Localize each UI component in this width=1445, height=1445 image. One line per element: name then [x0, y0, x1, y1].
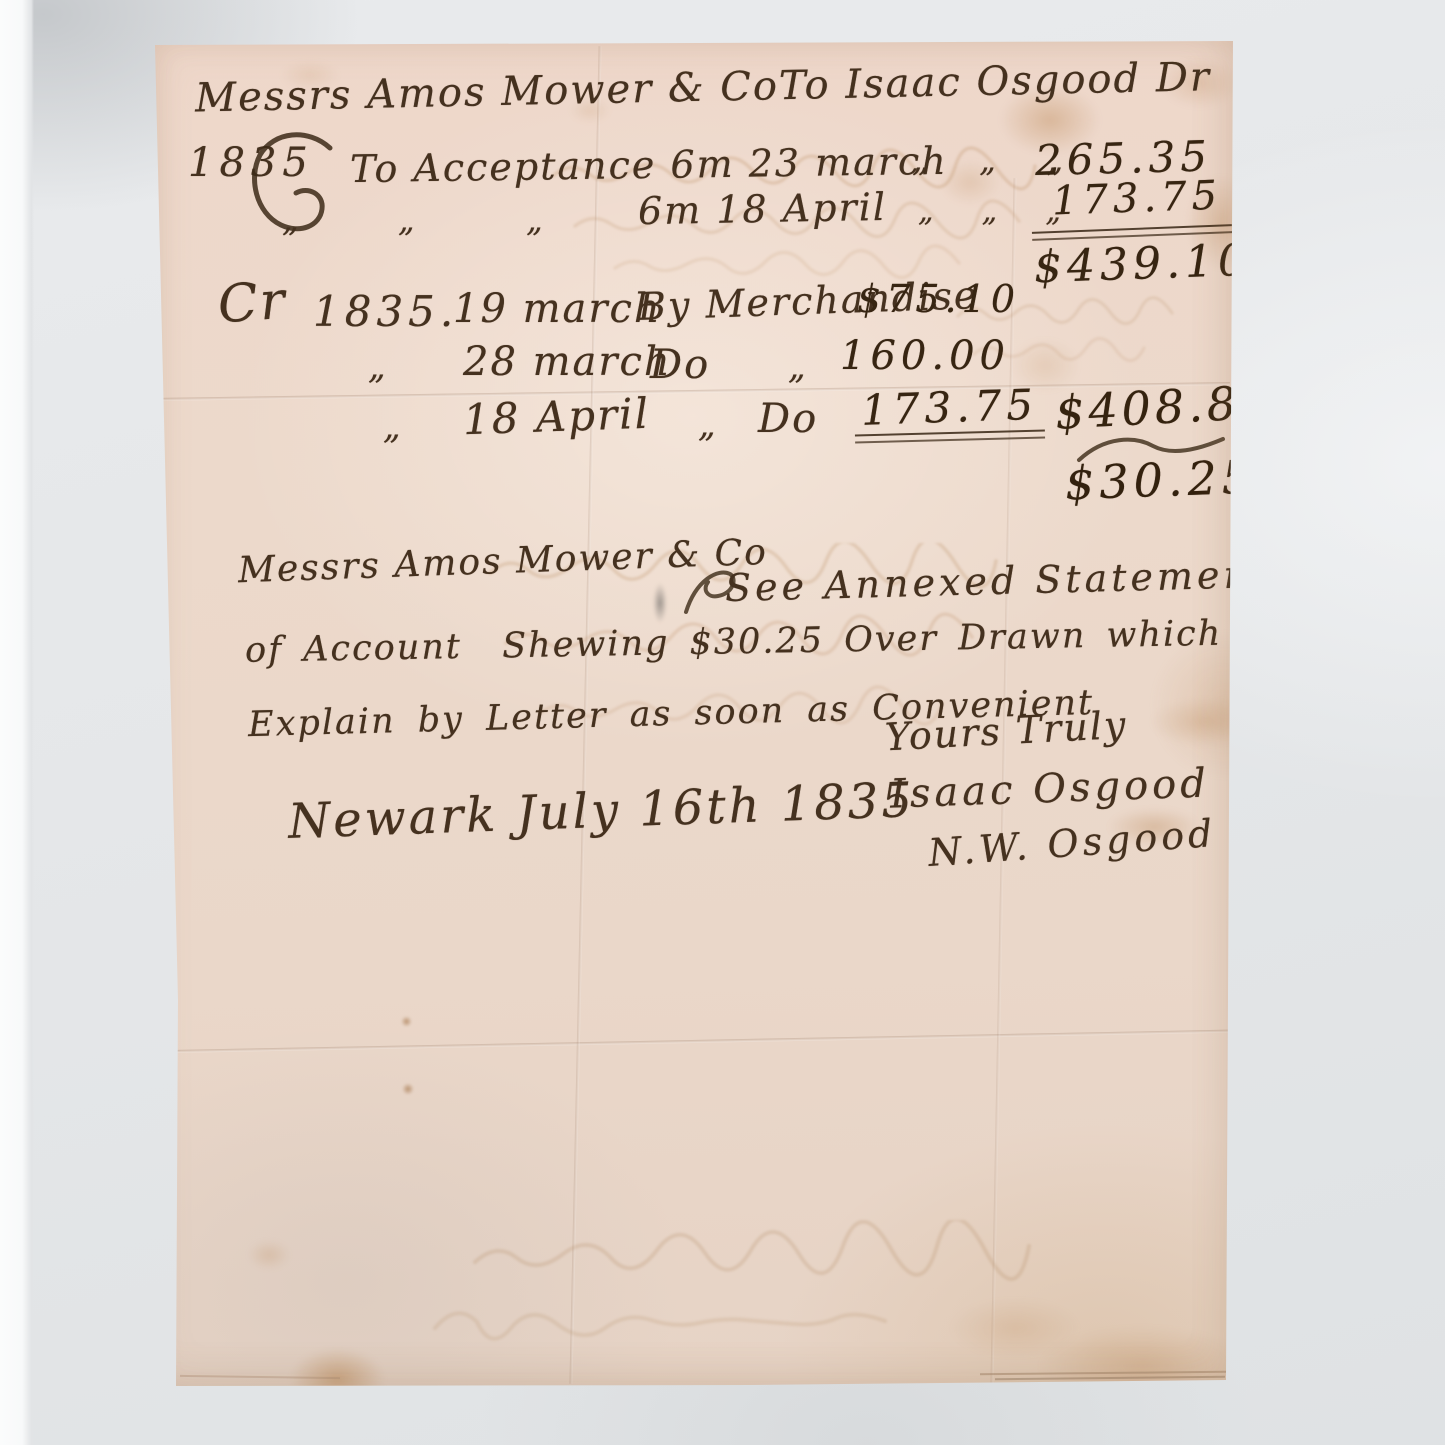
horizontal-fold-lower [152, 1030, 1228, 1054]
sheet-edge-line [995, 1376, 1225, 1380]
bleed-through-marks-bottom [335, 1220, 1175, 1370]
credit-row2-desc: Do [650, 344, 710, 386]
account-header: Messrs Amos Mower & Co To Isaac Osgood D… [195, 59, 1098, 120]
debit-row2-desc: 6m 18 April [638, 188, 888, 232]
sheet-edge-line [980, 1371, 1226, 1376]
credit-row1-date: 19 march [453, 288, 662, 330]
stain [950, 1298, 1080, 1358]
credit-row3-amount: 173.75 [849, 383, 1038, 434]
credit-row1-amount: $75.10 [848, 280, 1020, 320]
letter-body-line1: of Account Shewing $30.25 Over Drawn whi… [245, 613, 1369, 669]
header-creditor: To Isaac Osgood Dr [779, 56, 1212, 107]
debit-row2-lead-dittos: „ „ „ [282, 204, 545, 238]
credit-row2-ditto1: „ [368, 350, 388, 386]
credit-row3-date: 18 April [462, 392, 650, 443]
signature-nw-osgood: N.W. Osgood [927, 814, 1218, 874]
signature-isaac-osgood: Isaac Osgood [889, 762, 1210, 815]
credit-row3-desc: Do [758, 398, 818, 440]
credit-label: Cr [216, 274, 288, 333]
debit-row1-desc: To Acceptance 6m 23 march [350, 142, 948, 190]
stain [1038, 1326, 1248, 1406]
credit-row3-ditto2: „ [698, 408, 718, 444]
sheet-edge-line [180, 1375, 340, 1379]
letter-dateline: Newark July 16th 1835 [287, 775, 915, 847]
ink-speck [402, 1083, 414, 1095]
credit-balance: $30.25 [1064, 453, 1257, 508]
background-edge-highlight [0, 0, 34, 1445]
ink-speck [401, 1016, 412, 1027]
credit-row2-amount: 160.00 [840, 335, 1002, 377]
stain [1150, 698, 1260, 746]
credit-row2-date: 28 march [463, 341, 672, 383]
letter-closing: Yours Truly [884, 706, 1128, 759]
header-debtor: Messrs Amos Mower & Co [195, 65, 780, 119]
letter-salutation: Messrs Amos Mower & Co [238, 534, 769, 590]
letter-annexed-line: See Annexed Statement [725, 555, 1272, 609]
dark-smudge [653, 583, 667, 623]
photo-of-1835-account-letter: Messrs Amos Mower & Co To Isaac Osgood D… [0, 0, 1445, 1445]
credit-row2-ditto2: „ [788, 350, 808, 386]
credit-row3-ditto1: „ [383, 410, 403, 446]
debit-row2-amount: 173.75 [1025, 175, 1222, 224]
letter-paper: Messrs Amos Mower & Co To Isaac Osgood D… [150, 38, 1234, 1388]
debit-total: $439.10 [1033, 239, 1224, 292]
debit-year: 1835 [188, 142, 314, 184]
credit-total: $408.85 [1054, 377, 1274, 437]
credit-year: 1835. [313, 290, 458, 334]
stain [248, 1240, 290, 1270]
